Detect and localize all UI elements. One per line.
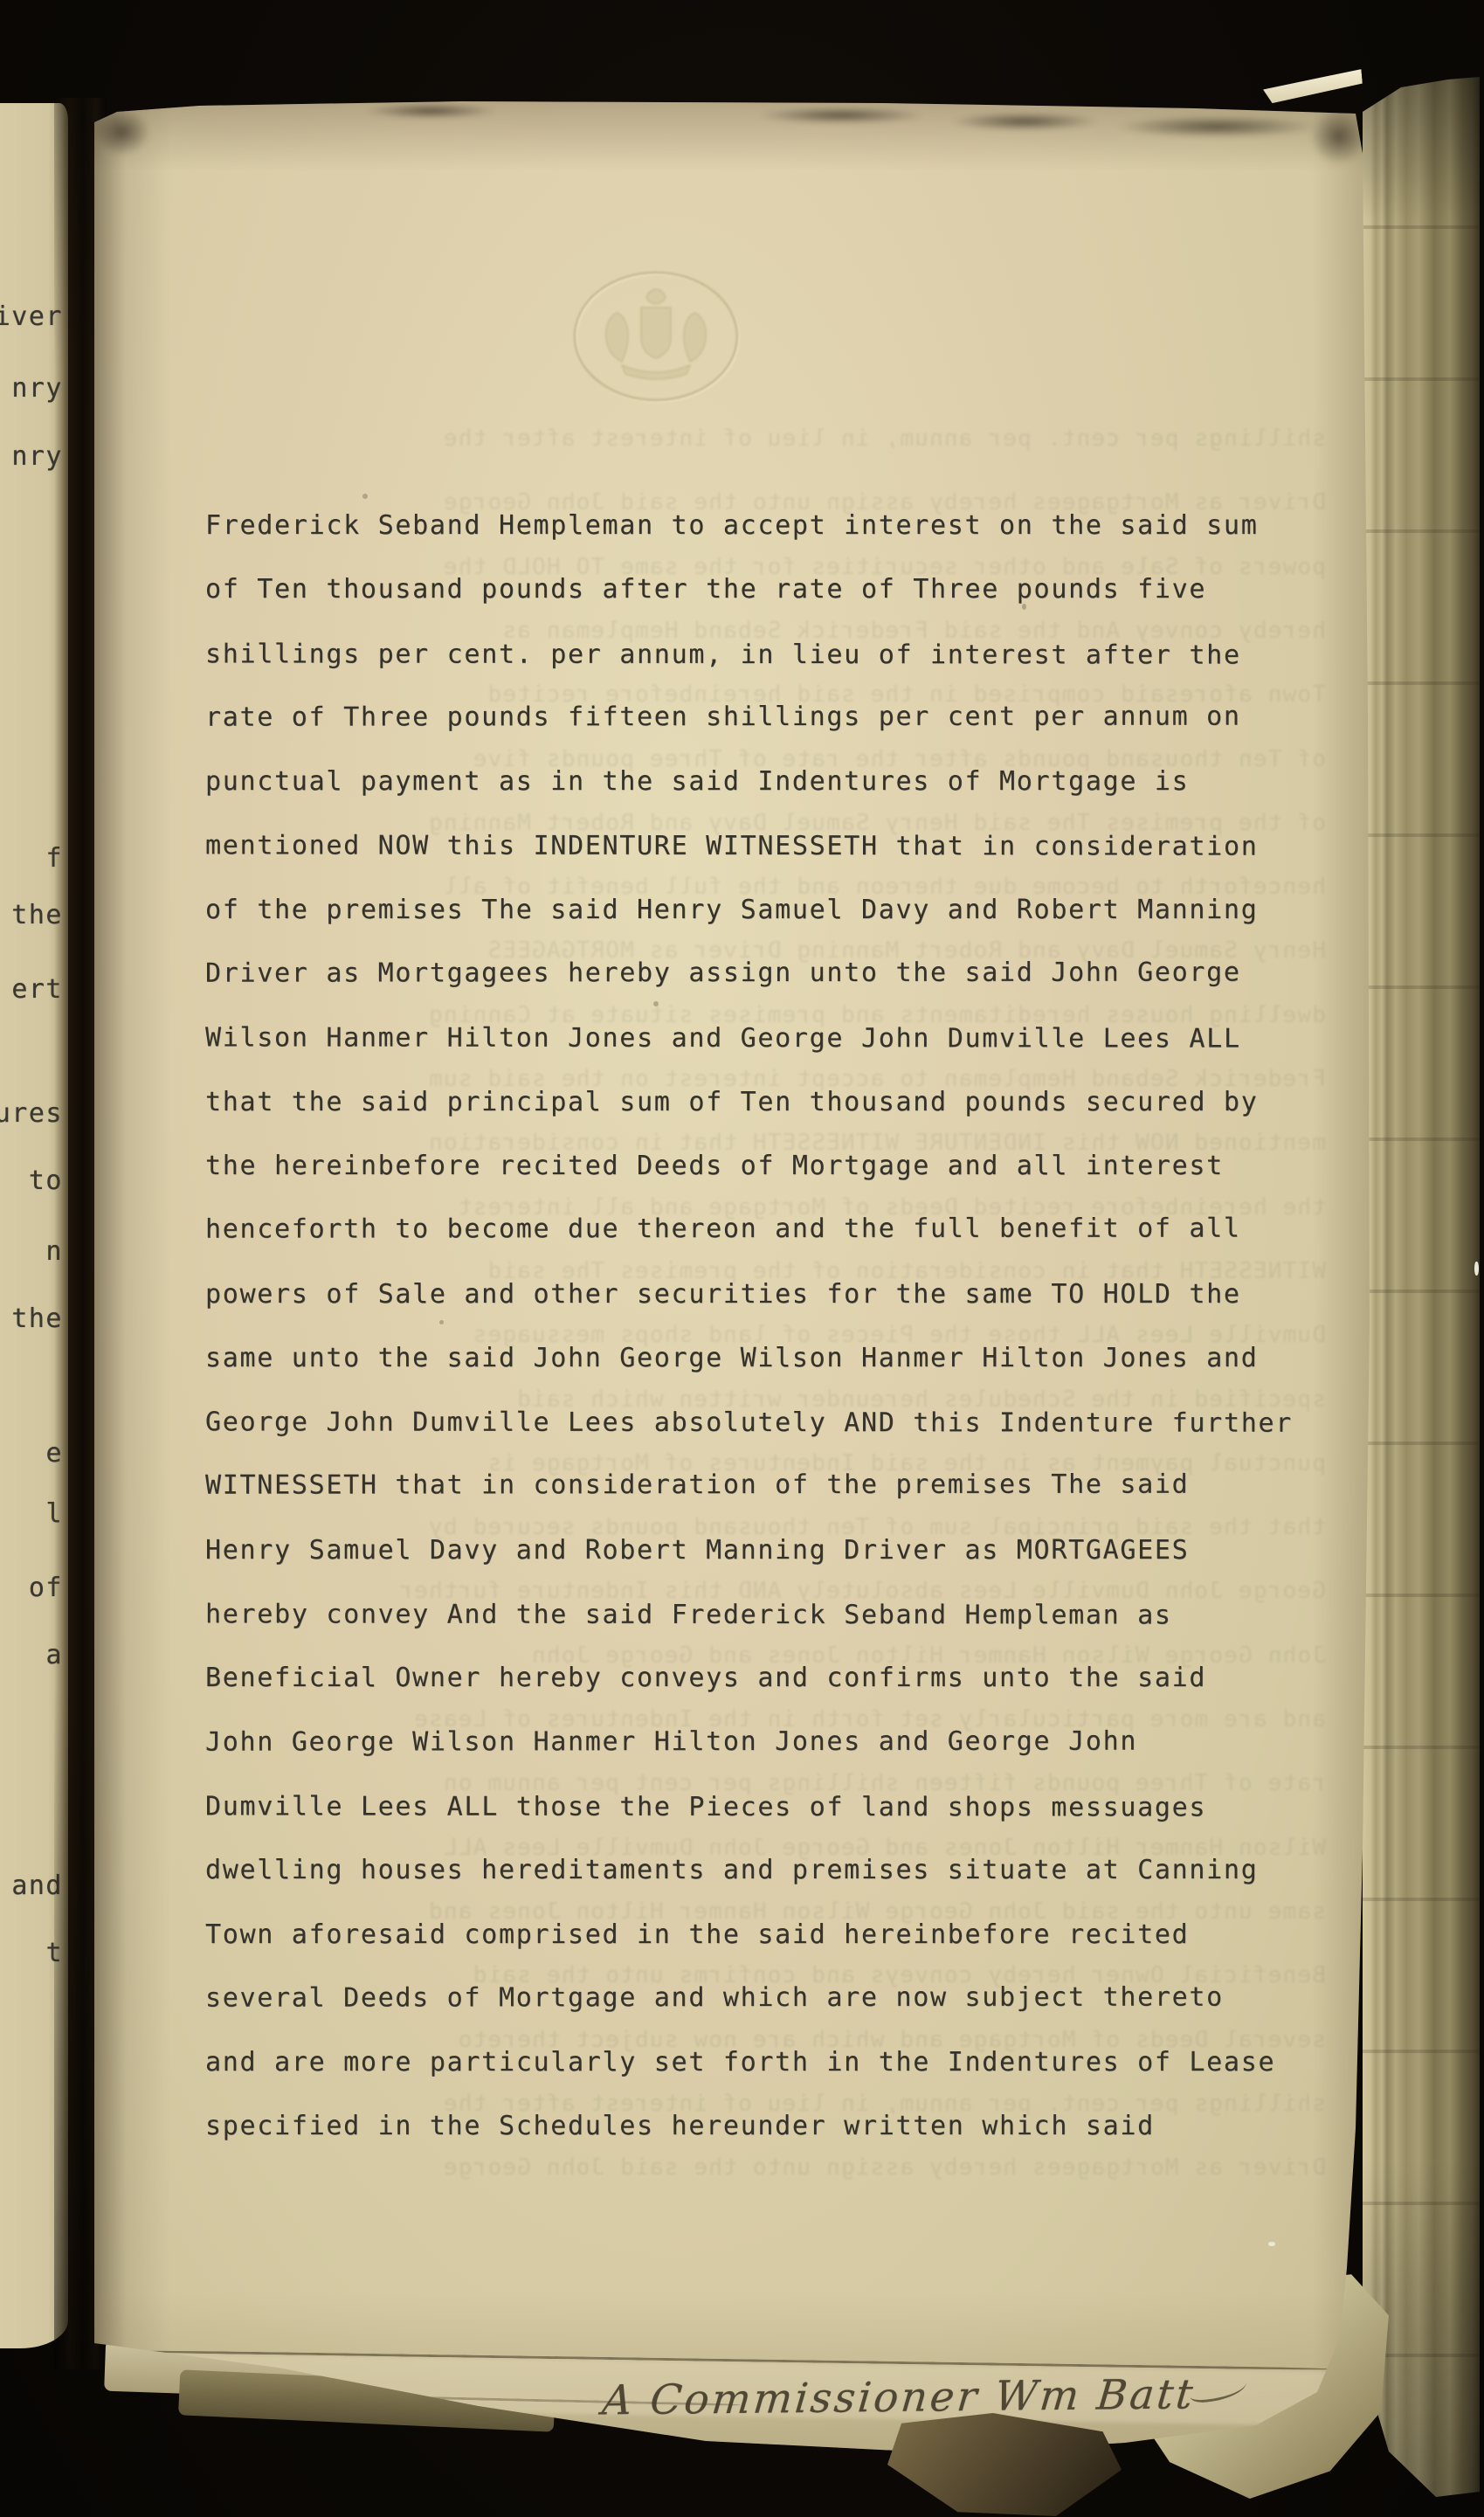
typed-line: Dumville Lees ALL those the Pieces of la… <box>205 1791 1358 1857</box>
typed-line: several Deeds of Mortgage and which are … <box>205 1981 1358 2046</box>
typed-line: Henry Samuel Davy and Robert Manning Dri… <box>205 1535 1358 1599</box>
embossed-seal <box>564 262 748 411</box>
edge-stain <box>1116 115 1317 138</box>
typed-line: Town aforesaid comprised in the said her… <box>205 1919 1358 1983</box>
paper-speck <box>1474 1262 1479 1276</box>
ink-spot <box>439 1320 444 1324</box>
page-corner-sliver <box>1262 69 1363 104</box>
typed-line: hereby convey And the said Frederick Seb… <box>205 1599 1358 1664</box>
ink-spot <box>1022 604 1026 610</box>
pen-flourish <box>1190 2379 1246 2403</box>
typed-line: punctual payment as in the said Indentur… <box>205 766 1358 830</box>
book-photo: ivernrynryfd theerturestontheelofaandt <box>0 0 1484 2517</box>
typed-line: rate of Three pounds fifteen shillings p… <box>205 701 1358 765</box>
typed-line: of Ten thousand pounds after the rate of… <box>205 574 1358 638</box>
typed-line: specified in the Schedules hereunder wri… <box>205 2111 1358 2175</box>
typed-line: Frederick Seband Hempleman to accept int… <box>205 510 1358 574</box>
typed-text-block: Frederick Seband Hempleman to accept int… <box>205 510 1358 2175</box>
paper-speck <box>1268 2242 1275 2246</box>
typed-line: Wilson Hanmer Hilton Jones and George Jo… <box>205 1023 1358 1089</box>
handwritten-note-text: A Commissioner Wm Batt <box>600 2370 1198 2424</box>
typed-line: same unto the said John George Wilson Ha… <box>205 1343 1358 1407</box>
page-edges-stack <box>1363 77 1480 2499</box>
typed-line: Driver as Mortgagees hereby assign unto … <box>205 958 1358 1022</box>
typed-line: henceforth to become due thereon and the… <box>205 1214 1358 1278</box>
edge-stain <box>950 112 1099 131</box>
edge-stain <box>1310 108 1368 164</box>
ink-spot <box>653 1001 659 1006</box>
edge-stain <box>365 103 496 119</box>
bleedthrough-line: shillings per cent. per annum, in lieu o… <box>182 425 1326 452</box>
typed-line: dwelling houses hereditaments and premis… <box>205 1855 1358 1919</box>
typed-line: Beneficial Owner hereby conveys and conf… <box>205 1663 1358 1726</box>
typed-line: mentioned NOW this INDENTURE WITNESSETH … <box>205 831 1358 896</box>
ink-spot <box>362 494 368 499</box>
typed-line: of the premises The said Henry Samuel Da… <box>205 895 1358 958</box>
typed-line: and are more particularly set forth in t… <box>205 2047 1358 2111</box>
typed-line: WITNESSETH that in consideration of the … <box>205 1469 1358 1534</box>
edge-stain <box>758 107 924 124</box>
document-page: shillings per cent. per annum, in lieu o… <box>94 101 1377 2455</box>
typed-line: that the said principal sum of Ten thous… <box>205 1087 1358 1151</box>
typed-line: the hereinbefore recited Deeds of Mortga… <box>205 1151 1358 1214</box>
typed-line: shillings per cent. per annum, in lieu o… <box>205 639 1358 704</box>
typed-line: powers of Sale and other securities for … <box>205 1279 1358 1343</box>
typed-line: George John Dumville Lees absolutely AND… <box>205 1407 1358 1472</box>
typed-line: John George Wilson Hanmer Hilton Jones a… <box>205 1725 1358 1790</box>
